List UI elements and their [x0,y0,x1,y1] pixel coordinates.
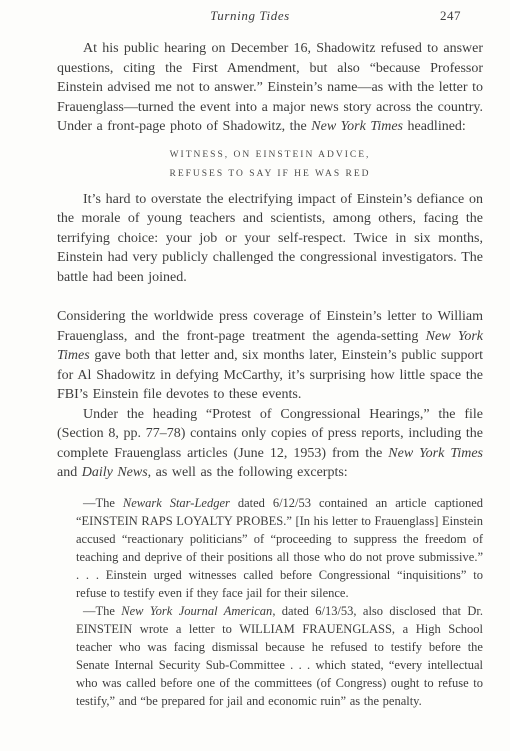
headline-line: WITNESS, ON EINSTEIN ADVICE, [57,146,483,165]
text-run: —The [83,496,123,510]
italic-text-run: Daily News [82,465,148,480]
newspaper-headline: WITNESS, ON EINSTEIN ADVICE,REFUSES TO S… [57,146,483,184]
text-run: headlined: [403,119,466,134]
paragraph-shadowitz-hearing: At his public hearing on December 16, Sh… [57,39,483,137]
paragraph-electrifying-impact: It’s hard to overstate the electrifying … [57,190,483,288]
paragraph-press-coverage: Considering the worldwide press coverage… [57,307,483,405]
excerpt-journal-american: —The New York Journal American, dated 6/… [76,602,483,710]
text-run: , as well as the following excerpts: [148,465,348,480]
excerpt-star-ledger: —The Newark Star-Ledger dated 6/12/53 co… [76,494,483,602]
running-header: Turning Tides 247 [57,8,483,26]
running-title: Turning Tides [210,8,290,24]
text-run: dated 6/12/53 contained an article capti… [76,496,483,600]
book-page: Turning Tides 247 At his public hearing … [0,0,510,751]
page-content: At his public hearing on December 16, Sh… [57,39,483,710]
italic-text-run: New York Times [388,446,483,461]
text-run: —The [83,604,121,618]
italic-text-run: New York Journal American [121,604,272,618]
text-run: It’s hard to overstate the electrifying … [57,192,483,285]
text-run: Considering the worldwide press coverage… [57,309,483,344]
italic-text-run: Newark Star-Ledger [123,496,230,510]
text-run: and [57,465,82,480]
text-run: gave both that letter and, six months la… [57,348,483,402]
paragraph-file-heading: Under the heading “Protest of Congressio… [57,405,483,483]
italic-text-run: New York Times [311,119,403,134]
page-number: 247 [440,8,461,24]
headline-line: REFUSES TO SAY IF HE WAS RED [57,165,483,184]
text-run: , dated 6/13/53, also disclosed that Dr.… [76,604,483,708]
